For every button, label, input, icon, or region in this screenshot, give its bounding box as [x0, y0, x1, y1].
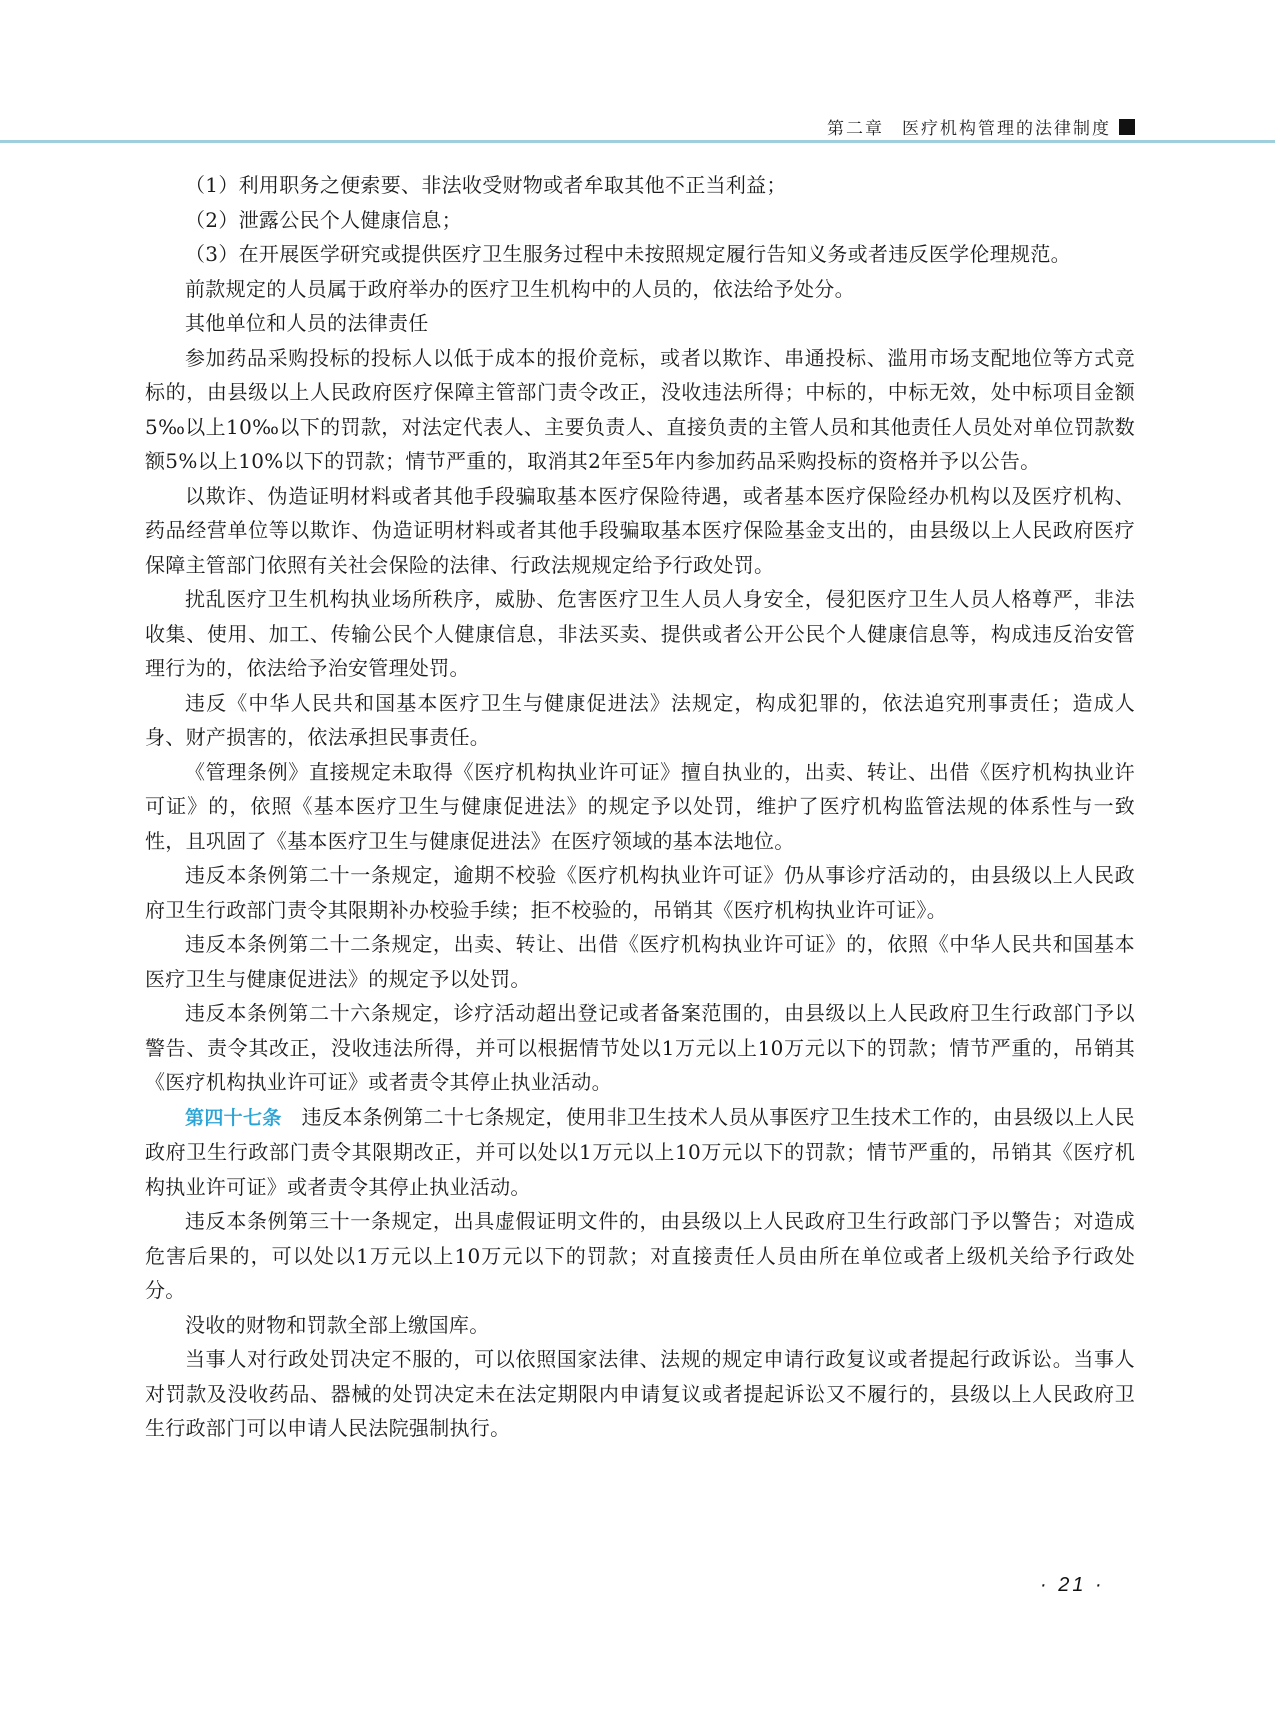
- chapter-title: 医疗机构管理的法律制度: [902, 114, 1111, 139]
- paragraph-article-21: 违反本条例第二十一条规定，逾期不校验《医疗机构执业许可证》仍从事诊疗活动的，由县…: [145, 858, 1135, 927]
- chapter-number: 第二章: [827, 114, 884, 139]
- square-marker-icon: [1119, 119, 1135, 135]
- paragraph-gov-staff: 前款规定的人员属于政府举办的医疗卫生机构中的人员的，依法给予处分。: [145, 272, 1135, 307]
- paragraph-regulation: 《管理条例》直接规定未取得《医疗机构执业许可证》擅自执业的，出卖、转让、出借《医…: [145, 755, 1135, 859]
- paragraph-article-31: 违反本条例第三十一条规定，出具虚假证明文件的，由县级以上人民政府卫生行政部门予以…: [145, 1204, 1135, 1308]
- paragraph-treasury: 没收的财物和罚款全部上缴国库。: [145, 1308, 1135, 1343]
- paragraph-disorder: 扰乱医疗卫生机构执业场所秩序，威胁、危害医疗卫生人员人身安全，侵犯医疗卫生人员人…: [145, 582, 1135, 686]
- article-47-text: 违反本条例第二十七条规定，使用非卫生技术人员从事医疗卫生技术工作的，由县级以上人…: [145, 1105, 1135, 1199]
- running-header: 第二章 医疗机构管理的法律制度: [827, 114, 1135, 139]
- article-number-label: 第四十七条: [185, 1107, 282, 1129]
- paragraph-criminal: 违反《中华人民共和国基本医疗卫生与健康促进法》法规定，构成犯罪的，依法追究刑事责…: [145, 686, 1135, 755]
- page-number: · 21 ·: [1040, 1574, 1105, 1597]
- paragraph-article-22: 违反本条例第二十二条规定，出卖、转让、出借《医疗机构执业许可证》的，依照《中华人…: [145, 927, 1135, 996]
- paragraph-article-26: 违反本条例第二十六条规定，诊疗活动超出登记或者备案范围的，由县级以上人民政府卫生…: [145, 996, 1135, 1100]
- list-item: （3）在开展医学研究或提供医疗卫生服务过程中未按照规定履行告知义务或者违反医学伦…: [145, 237, 1135, 272]
- page-body: （1）利用职务之便索要、非法收受财物或者牟取其他不正当利益； （2）泄露公民个人…: [145, 168, 1135, 1446]
- list-item: （1）利用职务之便索要、非法收受财物或者牟取其他不正当利益；: [145, 168, 1135, 203]
- section-subheading: 其他单位和人员的法律责任: [145, 306, 1135, 341]
- header-rule: [0, 140, 1275, 143]
- paragraph-insurance-fraud: 以欺诈、伪造证明材料或者其他手段骗取基本医疗保险待遇，或者基本医疗保险经办机构以…: [145, 479, 1135, 583]
- paragraph-bidding: 参加药品采购投标的投标人以低于成本的报价竞标，或者以欺诈、串通投标、滥用市场支配…: [145, 341, 1135, 479]
- paragraph-appeal: 当事人对行政处罚决定不服的，可以依照国家法律、法规的规定申请行政复议或者提起行政…: [145, 1342, 1135, 1446]
- list-item: （2）泄露公民个人健康信息；: [145, 203, 1135, 238]
- paragraph-article-47: 第四十七条违反本条例第二十七条规定，使用非卫生技术人员从事医疗卫生技术工作的，由…: [145, 1100, 1135, 1205]
